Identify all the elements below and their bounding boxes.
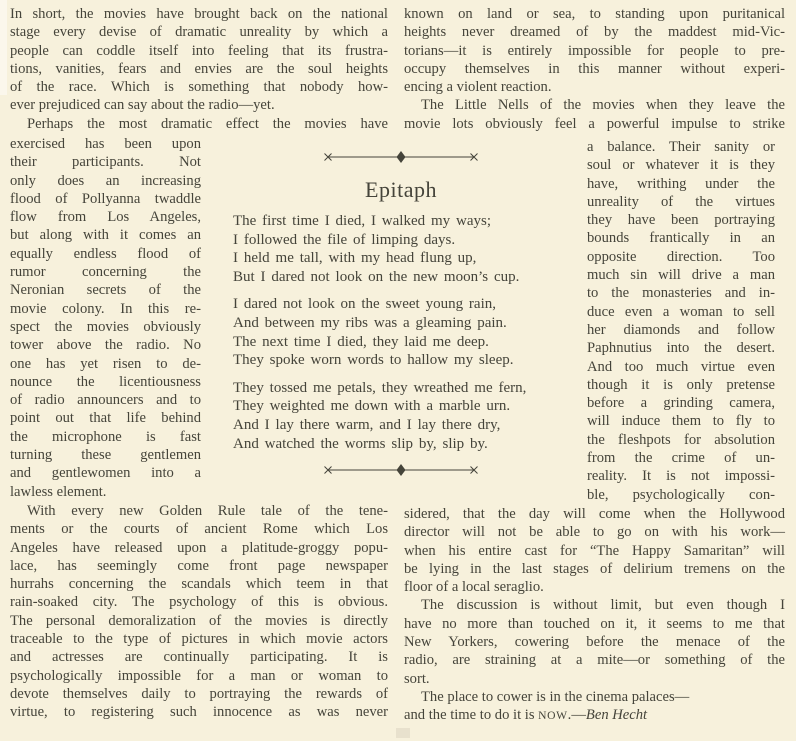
column-right-narrow: a balance. Their sanity orsoul or whatev… — [587, 138, 775, 504]
text-line: traceable to the type of pictures in whi… — [10, 630, 388, 648]
column-bottom-right: sidered, that the day will come when the… — [404, 505, 785, 726]
text-line: hurrahs concerning the scandals which te… — [10, 575, 388, 593]
scan-artifact — [396, 728, 410, 738]
poem-line: The next time I died, they laid me deep. — [233, 333, 569, 352]
text-line: The Little Nells of the movies when they… — [404, 96, 785, 114]
text-line: With every new Golden Rule tale of the t… — [10, 502, 388, 520]
author-name: Ben Hecht — [586, 707, 647, 723]
text-line: duce even a woman to sell — [587, 303, 775, 321]
text-line: will induce them to fly to — [587, 412, 775, 430]
text-line: bounds frantically in an — [587, 229, 775, 247]
poem-line: But I dared not look on the new moon’s c… — [233, 268, 569, 287]
text-line: a balance. Their sanity or — [587, 138, 775, 156]
poem-line: And I lay there warm, and I lay there dr… — [233, 416, 569, 435]
text-line: but along with it comes an — [10, 226, 201, 244]
text-line: ments or the courts of ancient Rome whic… — [10, 520, 388, 538]
text-line: of radio announcers and to — [10, 391, 201, 409]
column-left-top: In short, the movies have brought back o… — [10, 5, 388, 133]
magazine-page: In short, the movies have brought back o… — [0, 0, 796, 741]
poem-line: I dared not look on the sweet young rain… — [233, 295, 569, 314]
text-line: soul or whatever it is they — [587, 156, 775, 174]
text-line: psychologically impossible for a man or … — [10, 667, 388, 685]
text-line: before a grinding camera, — [587, 394, 775, 412]
text-line: nounce the licentiousness — [10, 373, 201, 391]
text-line: occupy themselves in this manner without… — [404, 60, 785, 78]
text-line: Perhaps the most dramatic effect the mov… — [10, 115, 388, 133]
text-line: be lying in the last stages of delirium … — [404, 560, 785, 578]
text-line: rumor concerning the — [10, 263, 201, 281]
text-line: Neronian secrets of the — [10, 281, 201, 299]
column-bottom-right-lines: sidered, that the day will come when the… — [404, 505, 785, 706]
poem-line: I followed the file of limping days. — [233, 231, 569, 250]
text-line: sidered, that the day will come when the… — [404, 505, 785, 523]
column-right-top: known on land or sea, to standing upon p… — [404, 5, 785, 133]
poem-stanza: I dared not look on the sweet young rain… — [233, 295, 569, 369]
text-line: New Yorkers, cowering before the menace … — [404, 633, 785, 651]
closing-line: and the time to do it is NOW.—Ben Hecht — [404, 706, 785, 725]
now-smallcaps: NOW — [538, 709, 568, 722]
text-line: turning these gentlemen — [10, 446, 201, 464]
text-line: The discussion is without limit, but eve… — [404, 596, 785, 614]
text-line: In short, the movies have brought back o… — [10, 5, 388, 23]
text-line: have, writhing under the — [587, 175, 775, 193]
text-line: tions, vanities, fears and envies are th… — [10, 60, 388, 78]
scan-artifact — [0, 0, 7, 95]
closing-separator: .— — [568, 707, 586, 723]
text-line: movie colony. In this re- — [10, 300, 201, 318]
poem-stanza: They tossed me petals, they wreathed me … — [233, 379, 569, 453]
text-line: virtue, to registering such innocence as… — [10, 703, 388, 721]
text-line: have no more than touched on it, it seem… — [404, 615, 785, 633]
text-line: director will not be able to go on with … — [404, 523, 785, 541]
text-line: point out that life behind — [10, 409, 201, 427]
text-line: lawless element. — [10, 483, 201, 501]
text-line: the fleshpots for absolution — [587, 431, 775, 449]
column-bottom-left: With every new Golden Rule tale of the t… — [10, 502, 388, 722]
text-line: encing a violent reaction. — [404, 78, 785, 96]
text-line: tower above the radio. No — [10, 336, 201, 354]
text-line: when his entire cast for “The Happy Sama… — [404, 542, 785, 560]
poem-line: And between my ribs was a gleaming pain. — [233, 314, 569, 333]
text-line: one has yet risen to de- — [10, 355, 201, 373]
text-line: ever prejudiced can say about the radio—… — [10, 96, 388, 114]
text-line: their participants. Not — [10, 153, 201, 171]
poem-line: The first time I died, I walked my ways; — [233, 212, 569, 231]
text-line: of the race. Which is something that nob… — [10, 78, 388, 96]
poem-epitaph: Epitaph The first time I died, I walked … — [233, 150, 569, 477]
poem-line: They tossed me petals, they wreathed me … — [233, 379, 569, 398]
text-line: flood of Pollyanna twaddle — [10, 190, 201, 208]
text-line: devote themselves daily to portraying th… — [10, 685, 388, 703]
text-line: and actresses are continually participat… — [10, 648, 388, 666]
text-line: exercised has been upon — [10, 135, 201, 153]
column-left-narrow: exercised has been upontheir participant… — [10, 135, 201, 501]
text-line: flow from Los Angeles, — [10, 208, 201, 226]
text-line: though it is only pretense — [587, 376, 775, 394]
text-line: much sin will drive a man — [587, 266, 775, 284]
text-line: unreality of the virtues — [587, 193, 775, 211]
text-line: her diamonds and follow — [587, 321, 775, 339]
text-line: and gentlewomen into a — [10, 464, 201, 482]
poem-line: They spoke worn words to hallow my sleep… — [233, 351, 569, 370]
text-line: And too much virtue even — [587, 358, 775, 376]
text-line: torians—it is entirely impossible for pe… — [404, 42, 785, 60]
text-line: ble, psychologically con- — [587, 486, 775, 504]
text-line: opposite direction. Too — [587, 248, 775, 266]
text-line: movie lots obviously feel a powerful imp… — [404, 115, 785, 133]
divider-ornament-icon — [321, 150, 481, 164]
text-line: spect the movies obviously — [10, 318, 201, 336]
text-line: sort. — [404, 670, 785, 688]
text-line: equally endless flood of — [10, 245, 201, 263]
text-line: reality. It is not impossi- — [587, 467, 775, 485]
text-line: lace, has seemingly come front page news… — [10, 557, 388, 575]
text-line: rain-soaked city. The psychology of this… — [10, 593, 388, 611]
text-line: the microphone is fast — [10, 428, 201, 446]
poem-stanza: The first time I died, I walked my ways;… — [233, 212, 569, 286]
poem-line: And watched the worms slip by, slip by. — [233, 435, 569, 454]
text-line: Paphnutius into the desert. — [587, 339, 775, 357]
text-line: The place to cower is in the cinema pala… — [404, 688, 785, 706]
text-line: floor of a local seraglio. — [404, 578, 785, 596]
poem-title: Epitaph — [233, 177, 569, 203]
text-line: heights never dreamed of by the maddest … — [404, 23, 785, 41]
text-line: only does an increasing — [10, 172, 201, 190]
poem-body: The first time I died, I walked my ways;… — [233, 212, 569, 453]
text-line: stage every devise of dramatic unreality… — [10, 23, 388, 41]
text-line: radio, are straining at a mite—or someth… — [404, 651, 785, 669]
text-line: The personal demoralization of the movie… — [10, 612, 388, 630]
text-line: known on land or sea, to standing upon p… — [404, 5, 785, 23]
text-line: people can coddle itself into feeling th… — [10, 42, 388, 60]
poem-line: They weighted me down with a marble urn. — [233, 397, 569, 416]
text-line: they have been portraying — [587, 211, 775, 229]
poem-line: I held me tall, with my head flung up, — [233, 249, 569, 268]
text-line: Angeles have released upon a platitude-g… — [10, 539, 388, 557]
divider-ornament-icon — [321, 463, 481, 477]
closing-text: and the time to do it is — [404, 707, 538, 723]
text-line: to the monasteries and in- — [587, 284, 775, 302]
text-line: from the crime of un- — [587, 449, 775, 467]
